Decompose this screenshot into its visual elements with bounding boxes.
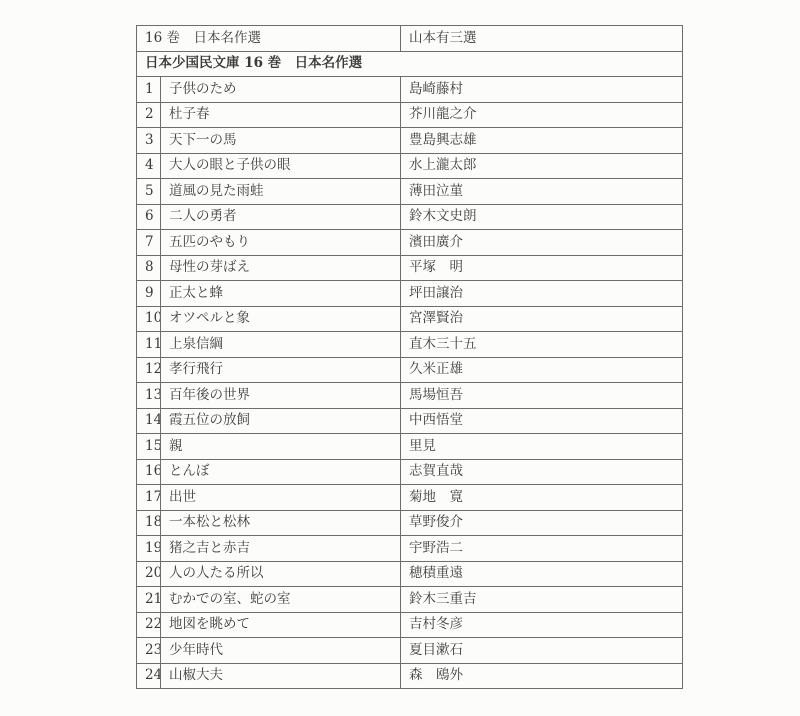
table-row: 19猪之吉と赤吉宇野浩二 [137, 536, 683, 562]
item-number: 24 [137, 663, 161, 689]
author-name: 鈴木三重吉 [401, 587, 683, 613]
item-number: 12 [137, 357, 161, 383]
work-title: 母性の芽ばえ [161, 255, 401, 281]
work-title: 正太と蜂 [161, 281, 401, 307]
author-name: 吉村冬彦 [401, 612, 683, 638]
author-name: 濱田廣介 [401, 230, 683, 256]
title-row: 日本少国民文庫 16 巻 日本名作選 [137, 51, 683, 77]
work-title: 山椒大夫 [161, 663, 401, 689]
table-row: 2杜子春芥川龍之介 [137, 102, 683, 128]
item-number: 5 [137, 179, 161, 205]
item-number: 16 [137, 459, 161, 485]
item-number: 17 [137, 485, 161, 511]
table-row: 20人の人たる所以穂積重遠 [137, 561, 683, 587]
table-row: 1子供のため島崎藤村 [137, 77, 683, 103]
work-title: 一本松と松林 [161, 510, 401, 536]
item-number: 21 [137, 587, 161, 613]
editor-label: 山本有三選 [401, 26, 683, 52]
work-title: 大人の眼と子供の眼 [161, 153, 401, 179]
table-row: 16とんぼ志賀直哉 [137, 459, 683, 485]
item-number: 8 [137, 255, 161, 281]
author-name: 志賀直哉 [401, 459, 683, 485]
author-name: 馬場恒吾 [401, 383, 683, 409]
table-row: 21むかでの室、蛇の室鈴木三重吉 [137, 587, 683, 613]
table-row: 12孝行飛行久米正雄 [137, 357, 683, 383]
table-row: 24山椒大夫森 鴎外 [137, 663, 683, 689]
table-row: 22地図を眺めて吉村冬彦 [137, 612, 683, 638]
item-number: 3 [137, 128, 161, 154]
author-name: 平塚 明 [401, 255, 683, 281]
item-number: 6 [137, 204, 161, 230]
item-number: 15 [137, 434, 161, 460]
table-row: 11上泉信綱直木三十五 [137, 332, 683, 358]
author-name: 宮澤賢治 [401, 306, 683, 332]
volume-label: 16 巻 日本名作選 [137, 26, 401, 52]
item-number: 1 [137, 77, 161, 103]
work-title: 杜子春 [161, 102, 401, 128]
table-row: 5道風の見た雨蛙薄田泣菫 [137, 179, 683, 205]
table-row: 13百年後の世界馬場恒吾 [137, 383, 683, 409]
table-row: 6二人の勇者鈴木文史朗 [137, 204, 683, 230]
author-name: 坪田譲治 [401, 281, 683, 307]
item-number: 14 [137, 408, 161, 434]
item-number: 20 [137, 561, 161, 587]
author-name: 宇野浩二 [401, 536, 683, 562]
table-row: 9正太と蜂坪田譲治 [137, 281, 683, 307]
item-number: 2 [137, 102, 161, 128]
author-name: 芥川龍之介 [401, 102, 683, 128]
collection-title: 日本少国民文庫 16 巻 日本名作選 [137, 51, 683, 77]
author-name: 夏目漱石 [401, 638, 683, 664]
author-name: 直木三十五 [401, 332, 683, 358]
item-number: 7 [137, 230, 161, 256]
author-name: 豊島興志雄 [401, 128, 683, 154]
work-title: 上泉信綱 [161, 332, 401, 358]
item-number: 23 [137, 638, 161, 664]
item-number: 11 [137, 332, 161, 358]
item-number: 4 [137, 153, 161, 179]
item-number: 10 [137, 306, 161, 332]
work-title: 霞五位の放飼 [161, 408, 401, 434]
work-title: 百年後の世界 [161, 383, 401, 409]
author-name: 薄田泣菫 [401, 179, 683, 205]
work-title: 二人の勇者 [161, 204, 401, 230]
work-title: 猪之吉と赤吉 [161, 536, 401, 562]
item-number: 13 [137, 383, 161, 409]
work-title: 出世 [161, 485, 401, 511]
work-title: 道風の見た雨蛙 [161, 179, 401, 205]
item-number: 18 [137, 510, 161, 536]
work-title: 五匹のやもり [161, 230, 401, 256]
author-name: 森 鴎外 [401, 663, 683, 689]
item-number: 22 [137, 612, 161, 638]
author-name: 穂積重遠 [401, 561, 683, 587]
author-name: 鈴木文史朗 [401, 204, 683, 230]
author-name: 菊地 寛 [401, 485, 683, 511]
table-row: 4大人の眼と子供の眼水上瀧太郎 [137, 153, 683, 179]
work-title: とんぼ [161, 459, 401, 485]
table-row: 7五匹のやもり濱田廣介 [137, 230, 683, 256]
author-name: 草野俊介 [401, 510, 683, 536]
work-title: 孝行飛行 [161, 357, 401, 383]
table-row: 17出世菊地 寛 [137, 485, 683, 511]
table-row: 3天下一の馬豊島興志雄 [137, 128, 683, 154]
table-row: 23少年時代夏目漱石 [137, 638, 683, 664]
document-page: 16 巻 日本名作選 山本有三選 日本少国民文庫 16 巻 日本名作選 1子供の… [0, 0, 800, 716]
work-title: 少年時代 [161, 638, 401, 664]
work-title: オツペルと象 [161, 306, 401, 332]
author-name: 久米正雄 [401, 357, 683, 383]
header-row: 16 巻 日本名作選 山本有三選 [137, 26, 683, 52]
author-name: 島崎藤村 [401, 77, 683, 103]
item-number: 9 [137, 281, 161, 307]
work-title: 親 [161, 434, 401, 460]
table-row: 10オツペルと象宮澤賢治 [137, 306, 683, 332]
work-title: 子供のため [161, 77, 401, 103]
work-title: むかでの室、蛇の室 [161, 587, 401, 613]
work-title: 天下一の馬 [161, 128, 401, 154]
work-title: 地図を眺めて [161, 612, 401, 638]
author-name: 水上瀧太郎 [401, 153, 683, 179]
contents-table: 16 巻 日本名作選 山本有三選 日本少国民文庫 16 巻 日本名作選 1子供の… [136, 25, 683, 689]
table-row: 18一本松と松林草野俊介 [137, 510, 683, 536]
table-row: 8母性の芽ばえ平塚 明 [137, 255, 683, 281]
item-number: 19 [137, 536, 161, 562]
author-name: 中西悟堂 [401, 408, 683, 434]
table-row: 15親里見 [137, 434, 683, 460]
author-name: 里見 [401, 434, 683, 460]
work-title: 人の人たる所以 [161, 561, 401, 587]
table-row: 14霞五位の放飼中西悟堂 [137, 408, 683, 434]
